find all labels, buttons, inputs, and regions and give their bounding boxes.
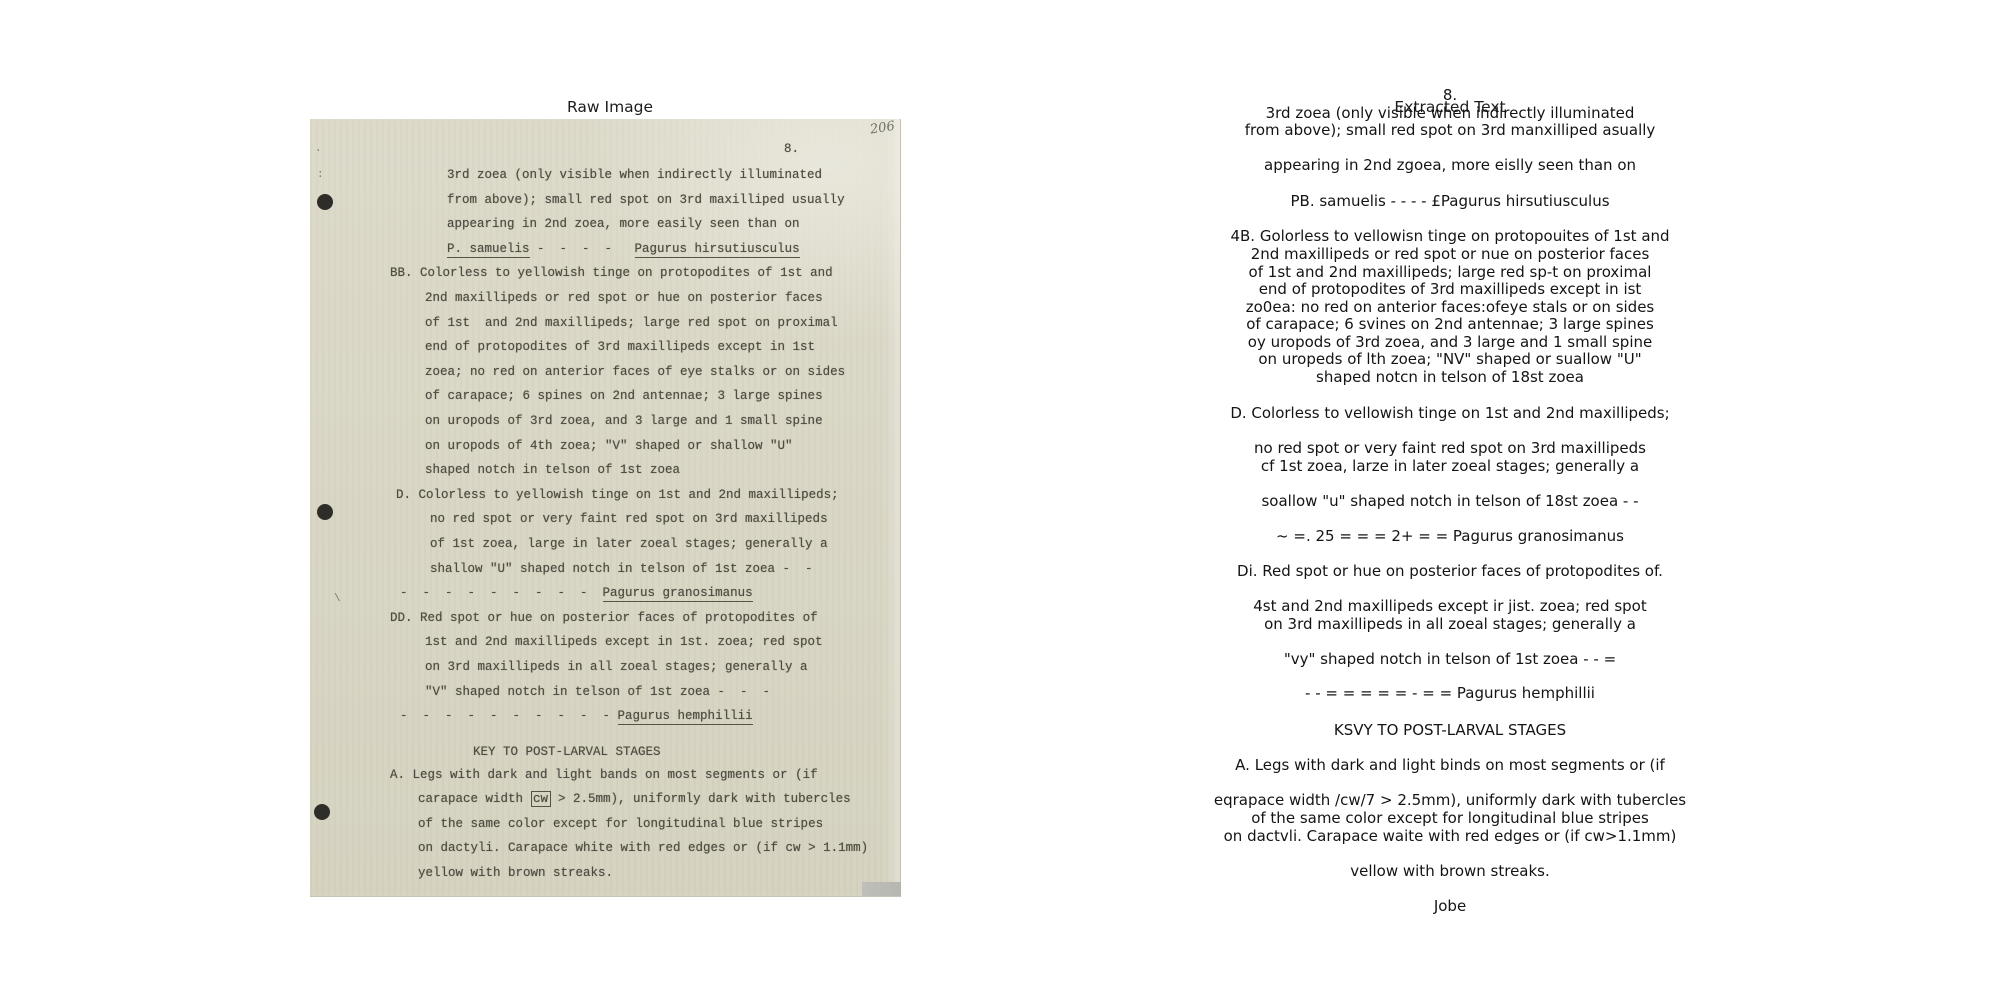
- ocr-line: soallow "u" shaped notch in telson of 18…: [1261, 493, 1638, 510]
- text-segment: shaped notch in telson of 1st zoea: [425, 463, 680, 477]
- ocr-line: Di. Red spot or hue on posterior faces o…: [1237, 563, 1663, 580]
- ocr-line: 8.: [1443, 87, 1457, 104]
- text-segment: - - - -: [530, 242, 635, 256]
- stray-mark: :: [317, 169, 324, 181]
- ocr-line: PB. samuelis - - - - £Pagurus hirsutiusc…: [1290, 193, 1609, 210]
- text-segment: of 1st and 2nd maxillipeds; large red sp…: [425, 316, 838, 330]
- text-segment: of 1st zoea, large in later zoeal stages…: [430, 537, 828, 551]
- text-segment: on dactyli. Carapace white with red edge…: [418, 841, 868, 855]
- text-segment: - - - - - - - - -: [400, 586, 603, 600]
- typewritten-line: no red spot or very faint red spot on 3r…: [430, 512, 828, 526]
- stray-mark: \: [334, 593, 341, 605]
- text-segment: end of protopodites of 3rd maxillipeds e…: [425, 340, 815, 354]
- typewritten-line: on uropods of 4th zoea; "V" shaped or sh…: [425, 439, 793, 453]
- text-segment: no red spot or very faint red spot on 3r…: [430, 512, 828, 526]
- underlined-species-name: P. samuelis: [447, 242, 530, 258]
- typewritten-line: on uropods of 3rd zoea, and 3 large and …: [425, 414, 823, 428]
- text-segment: BB. Colorless to yellowish tinge on prot…: [390, 266, 833, 280]
- typewritten-line: - - - - - - - - - - Pagurus hemphillii: [400, 709, 753, 723]
- typewritten-line: "V" shaped notch in telson of 1st zoea -…: [425, 685, 770, 699]
- ocr-line: - - = = = = = - = = Pagurus hemphillii: [1305, 685, 1595, 702]
- typewritten-line: of 1st zoea, large in later zoeal stages…: [430, 537, 828, 551]
- underlined-species-name: Pagurus granosimanus: [603, 586, 753, 602]
- ocr-line: zo0ea: no red on anterior faces:ofeye st…: [1246, 299, 1654, 316]
- hole-punch: [317, 194, 333, 210]
- underlined-species-name: Pagurus hirsutiusculus: [635, 242, 800, 258]
- text-segment: of carapace; 6 spines on 2nd antennae; 3…: [425, 389, 823, 403]
- underlined-species-name: Pagurus hemphillii: [618, 709, 753, 725]
- typewritten-line: D. Colorless to yellowish tinge on 1st a…: [396, 488, 839, 502]
- typewritten-line: 3rd zoea (only visible when indirectly i…: [447, 168, 822, 182]
- typewritten-line: appearing in 2nd zoea, more easily seen …: [447, 217, 800, 231]
- ocr-line: "vy" shaped notch in telson of 1st zoea …: [1284, 651, 1616, 668]
- ocr-line: 4st and 2nd maxillipeds except ir jist. …: [1253, 598, 1646, 615]
- text-segment: DD. Red spot or hue on posterior faces o…: [390, 611, 818, 625]
- ocr-line: 4B. Golorless to vellowisn tinge on prot…: [1230, 228, 1669, 245]
- typewritten-line: of 1st and 2nd maxillipeds; large red sp…: [425, 316, 838, 330]
- typed-page-number: 8.: [784, 142, 799, 156]
- ocr-line: on 3rd maxillipeds in all zoeal stages; …: [1264, 616, 1636, 633]
- text-segment: KEY TO POST-LARVAL STAGES: [473, 745, 661, 759]
- text-segment: D. Colorless to yellowish tinge on 1st a…: [396, 488, 839, 502]
- boxed-abbreviation: cw: [531, 791, 551, 807]
- typewritten-line: on 3rd maxillipeds in all zoeal stages; …: [425, 660, 808, 674]
- ocr-line: 3rd zoea (only visible when indirectly i…: [1266, 105, 1635, 122]
- typewritten-line: 1st and 2nd maxillipeds except in 1st. z…: [425, 635, 823, 649]
- text-segment: appearing in 2nd zoea, more easily seen …: [447, 217, 800, 231]
- raw-image-title: Raw Image: [567, 98, 653, 116]
- ocr-comparison-view: Raw Image Extracted Text 206 8. 3rd zoea…: [0, 0, 2000, 1000]
- typewritten-line: KEY TO POST-LARVAL STAGES: [473, 745, 661, 759]
- hole-punch: [317, 504, 333, 520]
- ocr-line: A. Legs with dark and light binds on mos…: [1235, 757, 1665, 774]
- hole-punch: [314, 804, 330, 820]
- text-segment: zoea; no red on anterior faces of eye st…: [425, 365, 845, 379]
- typewritten-line: of carapace; 6 spines on 2nd antennae; 3…: [425, 389, 823, 403]
- scanned-document-page: 206 8. 3rd zoea (only visible when indir…: [310, 119, 901, 897]
- ocr-line: ~ =. 25 = = = 2+ = = Pagurus granosimanu…: [1276, 528, 1624, 545]
- text-segment: 1st and 2nd maxillipeds except in 1st. z…: [425, 635, 823, 649]
- ocr-line: on dactvli. Carapace waite with red edge…: [1224, 828, 1677, 845]
- text-segment: yellow with brown streaks.: [418, 866, 613, 880]
- typewritten-line: end of protopodites of 3rd maxillipeds e…: [425, 340, 815, 354]
- ocr-line: eqrapace width /cw/7 > 2.5mm), uniformly…: [1214, 792, 1686, 809]
- bottom-corner-smudge: [862, 882, 901, 896]
- text-segment: A. Legs with dark and light bands on mos…: [390, 768, 818, 782]
- ocr-line: vellow with brown streaks.: [1350, 863, 1550, 880]
- text-segment: - - - - - - - - - -: [400, 709, 618, 723]
- ocr-line: appearing in 2nd zgoea, more eislly seen…: [1264, 157, 1636, 174]
- ocr-line: end of protopodites of 3rd maxillipeds e…: [1259, 281, 1642, 298]
- ocr-line: no red spot or very faint red spot on 3r…: [1254, 440, 1646, 457]
- typewritten-line: DD. Red spot or hue on posterior faces o…: [390, 611, 818, 625]
- typewritten-line: carapace width cw > 2.5mm), uniformly da…: [418, 792, 851, 806]
- ocr-line: D. Colorless to vellowish tinge on 1st a…: [1230, 405, 1669, 422]
- text-segment: carapace width: [418, 792, 531, 806]
- ocr-line: of carapace; 6 svines on 2nd antennae; 3…: [1246, 316, 1654, 333]
- typewritten-line: of the same color except for longitudina…: [418, 817, 823, 831]
- ocr-line: cf 1st zoea, larze in later zoeal stages…: [1261, 458, 1639, 475]
- ocr-line: from above); small red spot on 3rd manxi…: [1245, 122, 1656, 139]
- text-segment: > 2.5mm), uniformly dark with tubercles: [551, 792, 851, 806]
- ocr-line: 2nd maxillipeds or red spot or nue on po…: [1251, 246, 1650, 263]
- ocr-line: KSVY TO POST-LARVAL STAGES: [1334, 722, 1566, 739]
- ocr-line: on uropeds of lth zoea; "NV" shaped or s…: [1258, 351, 1641, 368]
- text-segment: on uropods of 4th zoea; "V" shaped or sh…: [425, 439, 793, 453]
- text-segment: "V" shaped notch in telson of 1st zoea -…: [425, 685, 770, 699]
- typewritten-line: P. samuelis - - - - Pagurus hirsutiuscul…: [447, 242, 800, 256]
- ocr-line: shaped notcn in telson of 18st zoea: [1316, 369, 1584, 386]
- typewritten-line: shallow "U" shaped notch in telson of 1s…: [430, 562, 813, 576]
- typewritten-line: shaped notch in telson of 1st zoea: [425, 463, 680, 477]
- typewritten-line: BB. Colorless to yellowish tinge on prot…: [390, 266, 833, 280]
- typewritten-line: zoea; no red on anterior faces of eye st…: [425, 365, 845, 379]
- text-segment: on uropods of 3rd zoea, and 3 large and …: [425, 414, 823, 428]
- ocr-line: oy uropods of 3rd zoea, and 3 large and …: [1248, 334, 1652, 351]
- text-segment: on 3rd maxillipeds in all zoeal stages; …: [425, 660, 808, 674]
- text-segment: shallow "U" shaped notch in telson of 1s…: [430, 562, 813, 576]
- ocr-line: of the same color except for longitudina…: [1251, 810, 1649, 827]
- typewritten-line: A. Legs with dark and light bands on mos…: [390, 768, 818, 782]
- typewritten-line: on dactyli. Carapace white with red edge…: [418, 841, 868, 855]
- text-segment: 2nd maxillipeds or red spot or hue on po…: [425, 291, 823, 305]
- typewritten-line: 2nd maxillipeds or red spot or hue on po…: [425, 291, 823, 305]
- text-segment: 3rd zoea (only visible when indirectly i…: [447, 168, 822, 182]
- handwritten-page-note: 206: [869, 117, 905, 137]
- text-segment: of the same color except for longitudina…: [418, 817, 823, 831]
- typewritten-line: yellow with brown streaks.: [418, 866, 613, 880]
- ocr-line: Jobe: [1434, 898, 1466, 915]
- typewritten-line: from above); small red spot on 3rd maxil…: [447, 193, 845, 207]
- stray-mark: .: [315, 143, 322, 155]
- typewritten-line: - - - - - - - - - Pagurus granosimanus: [400, 586, 753, 600]
- ocr-line: of 1st and 2nd maxillipeds; large red sp…: [1249, 264, 1652, 281]
- text-segment: from above); small red spot on 3rd maxil…: [447, 193, 845, 207]
